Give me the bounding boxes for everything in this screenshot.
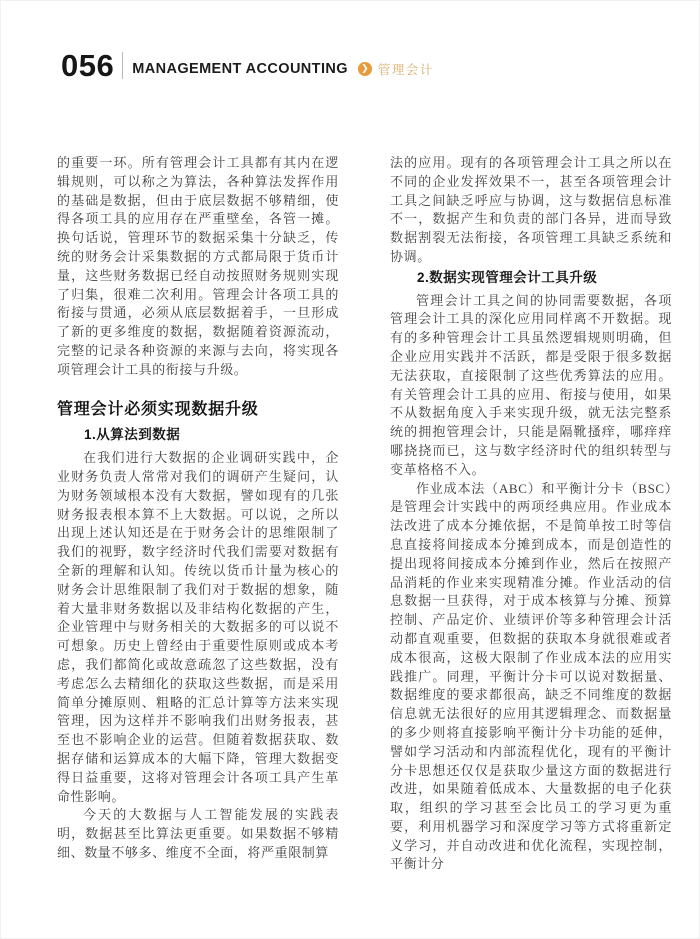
subsection-heading-1: 1.从算法到数据 bbox=[57, 426, 339, 445]
section-heading: 管理会计必须实现数据升级 bbox=[57, 401, 339, 420]
page-header: 056 MANAGEMENT ACCOUNTING ❯ 管理会计 bbox=[61, 48, 434, 82]
header-divider bbox=[122, 52, 123, 79]
chevron-circle-icon: ❯ bbox=[358, 62, 372, 76]
page-number: 056 bbox=[61, 50, 114, 81]
category-label: 管理会计 bbox=[378, 60, 434, 78]
body-paragraph: 作业成本法（ABC）和平衡计分卡（BSC）是管理会计实践中的两项经典应用。作业成… bbox=[390, 480, 672, 875]
section-title: MANAGEMENT ACCOUNTING bbox=[132, 61, 348, 77]
subsection-heading-2: 2.数据实现管理会计工具升级 bbox=[390, 269, 672, 288]
body-paragraph: 今天的大数据与人工智能发展的实践表明，数据甚至比算法更重要。如果数据不够精细、数… bbox=[57, 806, 339, 862]
continuation-paragraph: 法的应用。现有的各项管理会计工具之所以在不同的企业发挥效果不一，甚至各项管理会计… bbox=[390, 154, 672, 267]
right-column: 法的应用。现有的各项管理会计工具之所以在不同的企业发挥效果不一，甚至各项管理会计… bbox=[390, 154, 672, 874]
body-paragraph: 在我们进行大数据的企业调研实践中，企业财务负责人常常对我们的调研产生疑问，认为财… bbox=[57, 449, 339, 806]
body-paragraph: 管理会计工具之间的协同需要数据，各项管理会计工具的深化应用同样离不开数据。现有的… bbox=[390, 292, 672, 480]
continuation-paragraph: 的重要一环。所有管理会计工具都有其内在逻辑规则，可以称之为算法，各种算法发挥作用… bbox=[57, 154, 339, 380]
left-column: 的重要一环。所有管理会计工具都有其内在逻辑规则，可以称之为算法，各种算法发挥作用… bbox=[57, 154, 339, 863]
magazine-page: 056 MANAGEMENT ACCOUNTING ❯ 管理会计 的重要一环。所… bbox=[0, 0, 700, 939]
chevron-glyph: ❯ bbox=[361, 65, 369, 74]
